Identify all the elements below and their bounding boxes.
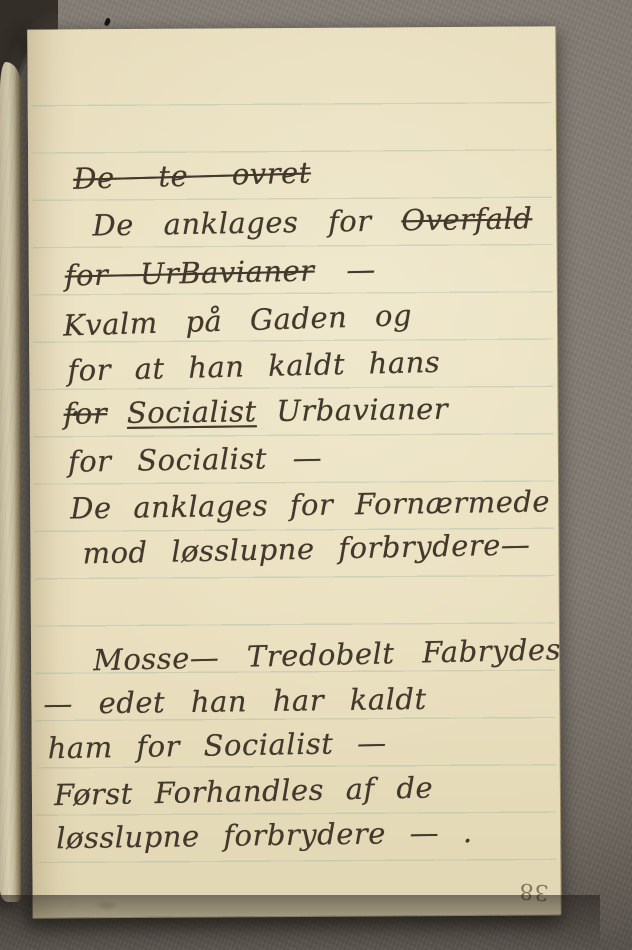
handwritten-line: Mosse— Tredobelt Fabrydes bbox=[93, 632, 562, 677]
hand-text: — bbox=[314, 252, 376, 287]
hand-text: løsslupne forbrydere — . bbox=[56, 815, 473, 855]
hand-text: Først Forhandles af de bbox=[54, 771, 434, 813]
struck-text: Overfald bbox=[401, 201, 533, 237]
hand-text: mod løsslupne forbrydere— bbox=[82, 527, 531, 570]
handwritten-line: Kvalm på Gaden og bbox=[63, 298, 413, 343]
struck-text: for UrBavianer bbox=[64, 254, 314, 293]
hand-text: Mosse— Tredobelt Fabrydes bbox=[93, 632, 562, 677]
hand-text: Urbavianer bbox=[256, 392, 448, 429]
hand-text: for at han kaldt hans bbox=[67, 345, 441, 388]
hand-text: Kvalm på Gaden og bbox=[63, 298, 413, 343]
book-page-edges bbox=[0, 62, 21, 902]
hand-text: for Socialist — bbox=[68, 440, 323, 478]
handwritten-line: De anklages for Fornærmede bbox=[70, 484, 550, 525]
handwritten-line: mod løsslupne forbrydere— bbox=[82, 527, 531, 570]
handwritten-line: De te ovret bbox=[73, 155, 312, 195]
hand-text: ham for Socialist — bbox=[47, 726, 386, 766]
photo-backdrop: De te ovretDe anklages for Overfaldfor U… bbox=[0, 0, 632, 950]
handwritten-line: De anklages for Overfald bbox=[92, 201, 532, 242]
handwritten-line: løsslupne forbrydere — . bbox=[56, 815, 473, 855]
hand-text: De anklages for Fornærmede bbox=[70, 484, 550, 525]
handwritten-line: ham for Socialist — bbox=[47, 726, 386, 766]
handwritten-line: for at han kaldt hans bbox=[67, 345, 441, 388]
handwritten-line: for UrBavianer — bbox=[64, 252, 376, 292]
handwritten-line: for Socialist — bbox=[68, 440, 323, 478]
handwritten-line: — edet han har kaldt bbox=[43, 682, 427, 721]
page-number-pencil: 38 bbox=[518, 878, 550, 905]
underlined-text: Socialist bbox=[127, 394, 257, 430]
handwritten-line: for Socialist Urbavianer bbox=[63, 392, 448, 431]
struck-text: De te ovret bbox=[73, 155, 312, 195]
hand-text: — edet han har kaldt bbox=[43, 682, 427, 721]
handwritten-line: Først Forhandles af de bbox=[54, 771, 434, 813]
struck-text: for bbox=[63, 396, 107, 431]
hand-text: De anklages for bbox=[92, 203, 401, 242]
notebook-page: De te ovretDe anklages for Overfaldfor U… bbox=[27, 26, 560, 917]
handwriting-layer: De te ovretDe anklages for Overfaldfor U… bbox=[27, 26, 560, 917]
ink-speck bbox=[104, 17, 112, 26]
hand-text bbox=[107, 396, 127, 430]
